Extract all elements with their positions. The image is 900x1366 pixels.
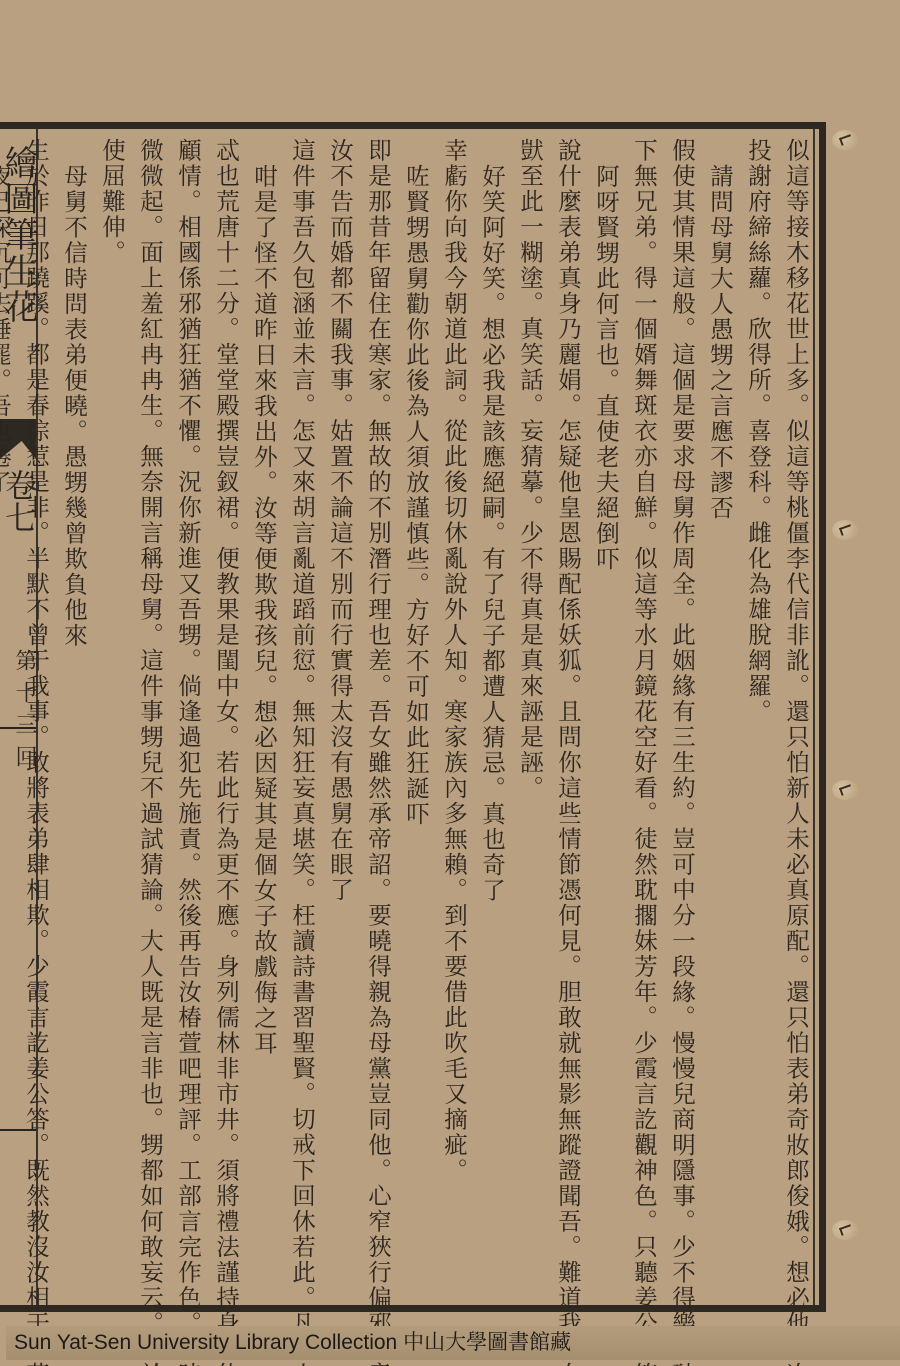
text-column: 下無兄弟。得一個婿舞斑衣亦自鮮。似這等水月鏡花空好看。徒然耽擱妹芳年。少霞言訖觀…: [625, 138, 663, 1306]
text-column: 咁是了怪不道昨日來我出外。汝等便欺我孩兒。想必因疑其是個女子故戲侮之耳: [245, 138, 283, 1306]
binding-hole: [832, 130, 858, 150]
text-column: 似這等接木移花世上多。似這等桃僵李代信非訛。還只怕新人未必真原配。還只怕表弟奇妝…: [777, 138, 815, 1306]
text-column: 微微起。面上羞紅冉冉生。無奈開言稱母舅。這件事甥兒不過試猜論。大人既是言非也。甥…: [131, 138, 169, 1306]
text-column: 顧情。相國係邪猶狂猶不懼。況你新進又吾甥。倘逢過犯先施責。然後再告汝椿萱吧理評。…: [169, 138, 207, 1306]
text-column: 母舅不信時問表弟便曉。愚甥幾曾欺負他來: [55, 138, 93, 1306]
text-column: 生於昨日那蹺蹊。都是春淙惹是非。半默不曾干我事。敢將表弟肆相欺。少霞言訖姜公答。…: [17, 138, 55, 1306]
text-column: 幸虧你向我今朝道此詞。從此後切休亂說外人知。寒家族內多無賴。到不要借此吹毛又摘疵…: [435, 138, 473, 1306]
text-body: 似這等接木移花世上多。似這等桃僵李代信非訛。還只怕新人未必真原配。還只怕表弟奇妝…: [40, 138, 815, 1306]
scanned-page: 繪圖筆生花 卷七 第十三回 似這等接木移花世上多。似這等桃僵李代信非訛。還只怕新…: [0, 0, 900, 1366]
text-column: 汝不告而婚都不關我事。姑置不論這不別而行實得太沒有愚舅在眼了: [321, 138, 359, 1306]
binding-hole: [832, 780, 858, 800]
text-column: 夜已深沉可去睡罷。吾也倦了: [0, 138, 17, 1306]
text-column: 請問母舅大人愚甥之言應不謬否: [701, 138, 739, 1306]
text-column: 假使其情果這般。這個是要求母舅作周全。此姻緣有三生約。豈可中分一段緣。慢慢兒商明…: [663, 138, 701, 1306]
text-column: 阿呀賢甥此何言也。直使老夫絕倒吓: [587, 138, 625, 1306]
text-column: 忒也荒唐十二分。堂堂殿撰豈釵裙。便教果是閨中女。若此行為更不應。身列儒林非市井。…: [207, 138, 245, 1306]
text-column: 即是那昔年留住在寒家。無故的不別潛行理也差。吾女雖然承帝詔。要曉得親為母黨豈同他…: [359, 138, 397, 1306]
text-column: 說什麼表弟真身乃麗娟。怎疑他皇恩賜配係妖狐。且問你這些情節憑何見。胆敢就無影無蹤…: [549, 138, 587, 1306]
text-column: 咗賢甥愚舅勸你此後為人須放謹慎些。方好不可如此狂誕吓: [397, 138, 435, 1306]
binding-hole: [832, 520, 858, 540]
binding-hole: [832, 1220, 858, 1240]
text-column: 好笑阿好笑。想必我是該應絕嗣。有了兒子都遭人猜忌。真也奇了: [473, 138, 511, 1306]
collection-caption: Sun Yat-Sen University Library Collectio…: [6, 1326, 900, 1360]
text-column: 投謝府締絲蘿。欣得所。喜登科。雌化為雄脫網羅。: [739, 138, 777, 1306]
text-column: 使屈難伸。: [93, 138, 131, 1306]
text-column: 這件事吾久包涵並未言。怎又來胡言亂道蹈前愆。無知狂妄真堪笑。枉讀詩書習聖賢。切戒…: [283, 138, 321, 1306]
text-column: 獃至此一糊塗。真笑話。妄猜摹。少不得真是真來誣是誣。: [511, 138, 549, 1306]
